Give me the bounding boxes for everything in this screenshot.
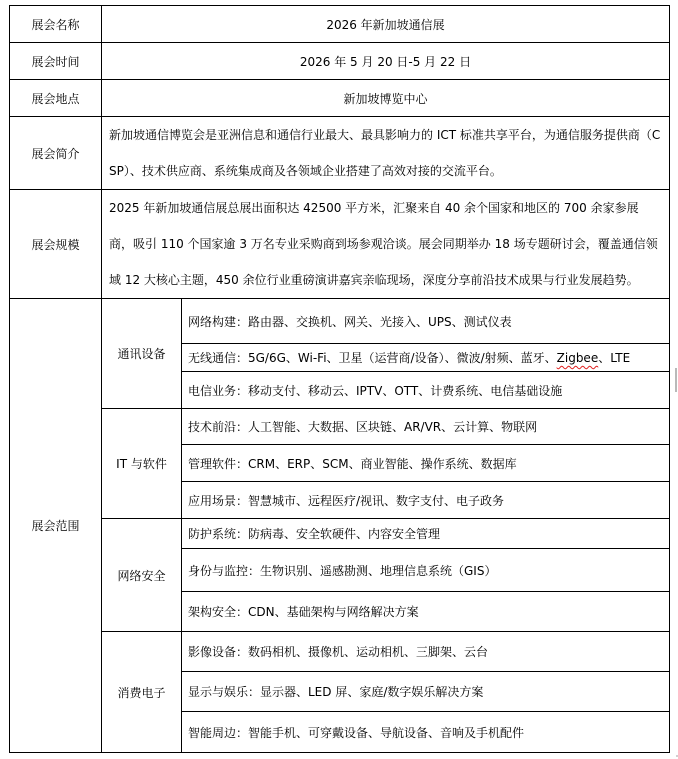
scope-row: 展会范围 通讯设备 网络构建：路由器、交换机、网关、光接入、UPS、测试仪表 bbox=[10, 299, 670, 344]
value-exhibition-time[interactable]: 2026 年 5 月 20 日-5 月 22 日 bbox=[102, 43, 670, 80]
value-exhibition-intro[interactable]: 新加坡通信博览会是亚洲信息和通信行业最大、最具影响力的 ICT 标准共享平台，为… bbox=[102, 117, 670, 190]
row-exhibition-location: 展会地点 新加坡博览中心 bbox=[10, 80, 670, 117]
scope-item[interactable]: 架构安全：CDN、基础架构与网络解决方案 bbox=[182, 592, 670, 632]
scope-item[interactable]: 无线通信：5G/6G、Wi-Fi、卫星（运营商/设备）、微波/射频、蓝牙、Zig… bbox=[182, 344, 670, 372]
label-exhibition-location: 展会地点 bbox=[10, 80, 102, 117]
label-exhibition-scope: 展会范围 bbox=[10, 299, 102, 753]
scope-item[interactable]: 应用场景：智慧城市、远程医疗/视讯、数字支付、电子政务 bbox=[182, 482, 670, 519]
exhibition-info-table: 展会名称 2026 年新加坡通信展 展会时间 2026 年 5 月 20 日-5… bbox=[9, 5, 670, 753]
document-page: 展会名称 2026 年新加坡通信展 展会时间 2026 年 5 月 20 日-5… bbox=[9, 5, 670, 753]
label-exhibition-name: 展会名称 bbox=[10, 6, 102, 43]
scope-category-it-software: IT 与软件 bbox=[102, 409, 182, 519]
row-exhibition-intro: 展会简介 新加坡通信博览会是亚洲信息和通信行业最大、最具影响力的 ICT 标准共… bbox=[10, 117, 670, 190]
scope-category-telecom: 通讯设备 bbox=[102, 299, 182, 409]
scope-row: IT 与软件 技术前沿：人工智能、大数据、区块链、AR/VR、云计算、物联网 bbox=[10, 409, 670, 445]
text-cursor-marker bbox=[675, 368, 677, 392]
scope-row: 消费电子 影像设备：数码相机、摄像机、运动相机、三脚架、云台 bbox=[10, 632, 670, 672]
row-exhibition-scale: 展会规模 2025 年新加坡通信展总展出面积达 42500 平方米，汇聚来自 4… bbox=[10, 190, 670, 299]
scope-item[interactable]: 显示与娱乐：显示器、LED 屏、家庭/数字娱乐解决方案 bbox=[182, 672, 670, 712]
scope-item[interactable]: 防护系统：防病毒、安全软硬件、内容安全管理 bbox=[182, 519, 670, 549]
scope-item-text-tail: 、LTE bbox=[598, 351, 630, 365]
value-exhibition-location[interactable]: 新加坡博览中心 bbox=[102, 80, 670, 117]
row-exhibition-time: 展会时间 2026 年 5 月 20 日-5 月 22 日 bbox=[10, 43, 670, 80]
row-exhibition-name: 展会名称 2026 年新加坡通信展 bbox=[10, 6, 670, 43]
scope-category-consumer-electronics: 消费电子 bbox=[102, 632, 182, 753]
label-exhibition-scale: 展会规模 bbox=[10, 190, 102, 299]
label-exhibition-time: 展会时间 bbox=[10, 43, 102, 80]
spellcheck-flagged-word[interactable]: Zigbee bbox=[557, 351, 599, 365]
scope-item[interactable]: 技术前沿：人工智能、大数据、区块链、AR/VR、云计算、物联网 bbox=[182, 409, 670, 445]
value-exhibition-name[interactable]: 2026 年新加坡通信展 bbox=[102, 6, 670, 43]
scope-item-text: 无线通信：5G/6G、Wi-Fi、卫星（运营商/设备）、微波/射频、蓝牙、 bbox=[188, 351, 557, 365]
scope-row: 网络安全 防护系统：防病毒、安全软硬件、内容安全管理 bbox=[10, 519, 670, 549]
value-exhibition-scale[interactable]: 2025 年新加坡通信展总展出面积达 42500 平方米，汇聚来自 40 余个国… bbox=[102, 190, 670, 299]
scope-item[interactable]: 智能周边：智能手机、可穿戴设备、导航设备、音响及手机配件 bbox=[182, 712, 670, 753]
scope-item[interactable]: 身份与监控：生物识别、遥感勘测、地理信息系统（GIS） bbox=[182, 549, 670, 592]
scope-item[interactable]: 网络构建：路由器、交换机、网关、光接入、UPS、测试仪表 bbox=[182, 299, 670, 344]
label-exhibition-intro: 展会简介 bbox=[10, 117, 102, 190]
scope-category-cybersecurity: 网络安全 bbox=[102, 519, 182, 632]
scope-item[interactable]: 影像设备：数码相机、摄像机、运动相机、三脚架、云台 bbox=[182, 632, 670, 672]
scope-item[interactable]: 管理软件：CRM、ERP、SCM、商业智能、操作系统、数据库 bbox=[182, 445, 670, 482]
scope-item[interactable]: 电信业务：移动支付、移动云、IPTV、OTT、计费系统、电信基础设施 bbox=[182, 372, 670, 409]
